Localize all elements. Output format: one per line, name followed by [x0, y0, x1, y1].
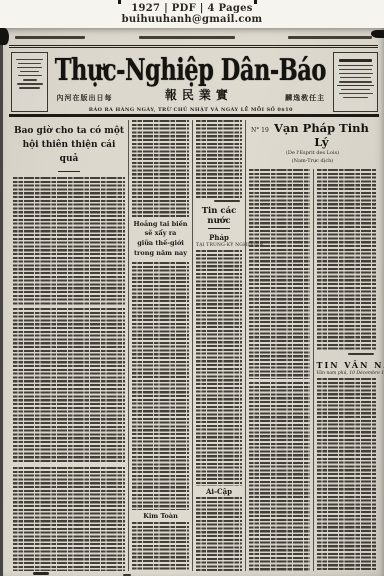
news-kicker: TẠI TRUNG-KỲ NGHỊ-VIỆN: [196, 243, 242, 248]
publication-tagline: BÁO RA HÀNG NGÀY, TRỪ CHỦ NHẬT VÀ NGÀY L…: [89, 107, 293, 113]
illegible-edition-number: [15, 36, 85, 39]
masthead: Thực-Nghiệp Dân-Báo 內河在版出日每 報民業實 麟逸敎任主 B…: [3, 48, 384, 112]
scan-smudge: [33, 572, 49, 575]
body-text-block: [132, 262, 189, 510]
publisher-info-box: [11, 52, 48, 112]
body-text-block: [132, 120, 189, 218]
body-text-block: [196, 497, 242, 572]
column2-subhead-line1: Hoảng tai biến sẽ xẩy ra: [132, 220, 189, 240]
lead-headline: Bao giờ cho ta có một hội thiên thiện cá…: [13, 124, 125, 167]
body-text-block: [317, 378, 377, 572]
illegible-rate-row: [339, 73, 373, 75]
scan-artifact: [118, 0, 121, 4]
van-phap-subtitle: (De l'Esprit des Lois): [249, 149, 376, 158]
illegible-text-line: [23, 79, 37, 81]
body-text-block: [317, 169, 377, 351]
cjk-newspaper-name: 報民業實: [165, 86, 233, 103]
body-text-block: [249, 382, 310, 572]
article-columns: Bao giờ cho ta có một hội thiên thiện cá…: [3, 117, 384, 576]
van-nam-dateline: Vân-nam phủ, 10 Décembre 1927: [317, 371, 377, 376]
illegible-text-line: [17, 67, 42, 69]
country-subhead-france: Pháp: [196, 233, 242, 242]
two-subcolumns: TIN VÂN NAM Vân-nam phủ, 10 Décembre 192…: [249, 169, 376, 572]
body-text-block: [13, 177, 125, 305]
scan-smudge: [371, 30, 384, 38]
cjk-name-row: 內河在版出日每 報民業實 麟逸敎任主: [52, 86, 329, 103]
van-phap-title: Vạn Pháp Tinh Lý: [269, 121, 374, 149]
van-phap-translator: (Nam-Trực dịch): [249, 157, 376, 166]
world-news-section-title: Tin các nước: [196, 206, 242, 226]
scan-header-title: 1927 | PDF | 4 Pages: [0, 3, 384, 14]
masthead-center: Thực-Nghiệp Dân-Báo 內河在版出日每 報民業實 麟逸敎任主 B…: [52, 52, 329, 112]
body-text-block: [13, 308, 125, 464]
column-3: Tin các nước Pháp TẠI TRUNG-KỲ NGHỊ-VIỆN…: [192, 120, 245, 572]
illegible-text-line: [19, 87, 40, 89]
newspaper-title: Thực-Nghiệp Dân-Báo: [55, 53, 326, 88]
body-text-block: [249, 169, 310, 379]
scan-header-band: 1927 | PDF | 4 Pages buihuuhanh@gmail.co…: [0, 0, 384, 28]
lead-headline-line1: Bao giờ cho ta có một: [13, 124, 125, 138]
scan-header-email: buihuuhanh@gmail.com: [0, 14, 384, 25]
column-4: [249, 169, 313, 572]
illegible-rate-row: [339, 93, 373, 95]
illegible-text-line: [17, 83, 43, 85]
column2-subhead: Hoảng tai biến sẽ xẩy ra giữa thế-giới t…: [132, 220, 189, 259]
body-text-block: [196, 120, 242, 198]
article-signature: Kim Toàn: [132, 512, 189, 520]
body-text-block: [196, 250, 242, 486]
column2-subhead-line2: giữa thế-giới trong năm nay: [132, 239, 189, 259]
edition-meta-row: [3, 28, 384, 43]
van-nam-section-title: TIN VÂN NAM: [317, 360, 377, 370]
illegible-rate-row: [339, 81, 372, 83]
illegible-rate-row: [338, 65, 373, 67]
section-divider: [208, 228, 230, 229]
illegible-text-line: [18, 63, 41, 65]
body-text-block: [13, 467, 125, 571]
column-2: Hoảng tai biến sẽ xẩy ra giữa thế-giới t…: [128, 120, 192, 572]
illegible-signature: [214, 200, 240, 202]
illegible-text-line: [16, 59, 43, 61]
lead-headline-line2: hội thiên thiện cái quả: [13, 138, 125, 167]
illegible-text-line: [20, 71, 39, 73]
scan-smudge: [0, 28, 9, 45]
country-subhead-egypt: Ai-Cập: [196, 487, 242, 496]
newspaper-page: Thực-Nghiệp Dân-Báo 內河在版出日每 報民業實 麟逸敎任主 B…: [0, 28, 384, 576]
illegible-date-line: [288, 36, 372, 39]
illegible-text-line: [18, 75, 42, 77]
illegible-rate-row: [343, 97, 369, 99]
illegible-rate-row: [339, 69, 371, 71]
installment-number: N° 19: [251, 127, 269, 134]
column-5: TIN VÂN NAM Vân-nam phủ, 10 Décembre 192…: [313, 169, 377, 572]
body-text-block: [132, 522, 189, 572]
illegible-office-line: [139, 36, 235, 39]
scan-artifact: [254, 0, 257, 4]
illegible-credit-line: [348, 353, 374, 355]
van-phap-headline-row: N° 19 Vạn Pháp Tinh Lý: [249, 120, 376, 149]
rates-divider: [337, 85, 374, 86]
cjk-publication-note-left: 內河在版出日每: [56, 93, 112, 103]
column-1: Bao giờ cho ta có một hội thiên thiện cá…: [10, 120, 128, 572]
subscription-rates-box: [333, 52, 378, 112]
cjk-publication-note-right: 麟逸敎任主: [285, 93, 325, 103]
column-4-5-region: N° 19 Vạn Pháp Tinh Lý (De l'Esprit des …: [245, 120, 379, 572]
rates-header: [339, 59, 372, 63]
headline-divider: [58, 171, 80, 172]
illegible-rate-row: [341, 89, 370, 91]
illegible-rate-row: [340, 77, 372, 79]
